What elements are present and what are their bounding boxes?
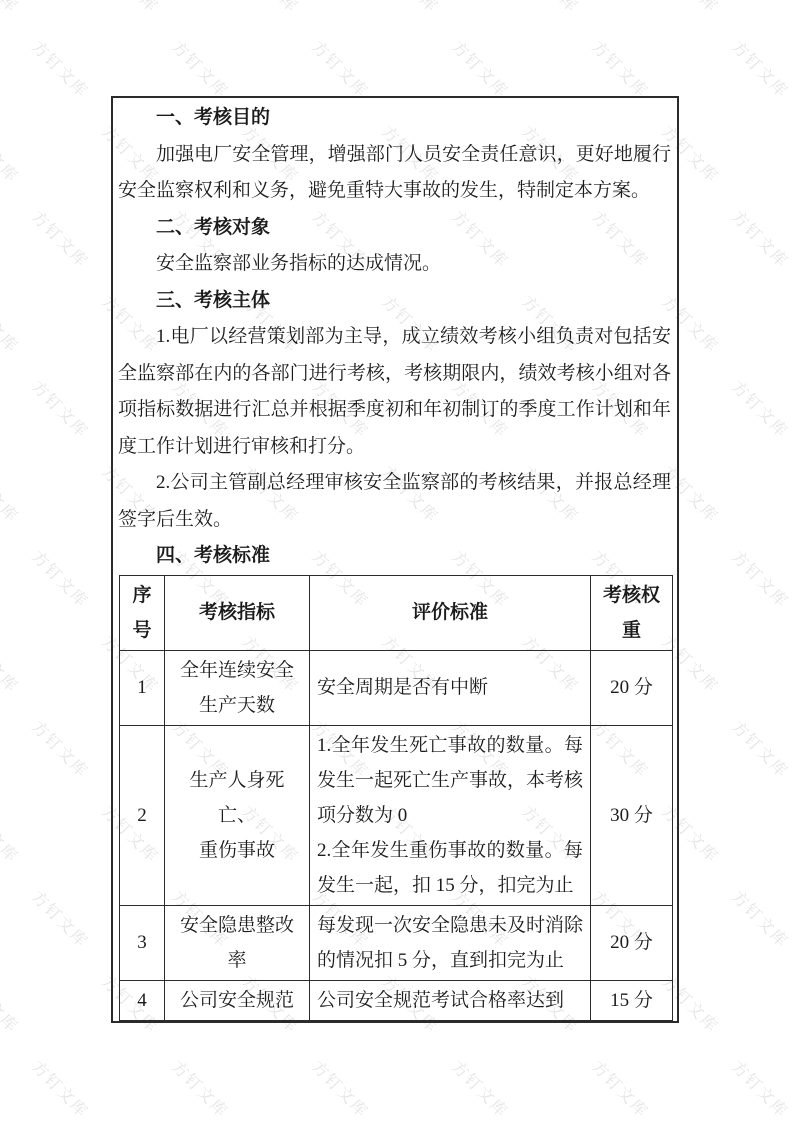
watermark-text: 方钉文库 xyxy=(727,1055,793,1122)
cell-weight: 20 分 xyxy=(591,650,673,725)
watermark-text: 方钉文库 xyxy=(517,0,584,17)
cell-weight: 20 分 xyxy=(591,905,673,980)
watermark-text: 方钉文库 xyxy=(0,0,25,17)
section-heading: 一、考核目的 xyxy=(118,100,671,137)
watermark-text: 方钉文库 xyxy=(587,35,654,102)
indicator-line: 生产人身死亡、 xyxy=(172,763,302,833)
table-row: 2生产人身死亡、重伤事故1.全年发生死亡事故的数量。每发生一起死亡生产事故，本考… xyxy=(120,725,673,905)
criteria-paragraph: 公司安全规范考试合格率达到 xyxy=(317,983,583,1018)
watermark-text: 方钉文库 xyxy=(447,35,514,102)
watermark-text: 方钉文库 xyxy=(27,35,94,102)
watermark-text: 方钉文库 xyxy=(237,0,304,17)
watermark-text: 方钉文库 xyxy=(27,205,94,272)
watermark-text: 方钉文库 xyxy=(167,1055,234,1122)
table-header-cell: 考核权重 xyxy=(591,575,673,650)
table-header-cell: 序号 xyxy=(120,575,165,650)
watermark-text: 方钉文库 xyxy=(727,715,793,782)
watermark-text: 方钉文库 xyxy=(727,35,793,102)
watermark-text: 方钉文库 xyxy=(27,885,94,952)
table-header-row: 序号考核指标评价标准考核权重 xyxy=(120,575,673,650)
watermark-text: 方钉文库 xyxy=(27,715,94,782)
criteria-paragraph: 2.全年发生重伤事故的数量。每发生一起，扣 15 分，扣完为止 xyxy=(317,833,583,903)
watermark-text: 方钉文库 xyxy=(0,970,25,1037)
cell-criteria: 公司安全规范考试合格率达到 xyxy=(310,980,591,1020)
cell-seq-number: 3 xyxy=(120,905,165,980)
cell-criteria: 安全周期是否有中断 xyxy=(310,650,591,725)
document-page: 方钉文库方钉文库方钉文库方钉文库方钉文库方钉文库方钉文库方钉文库方钉文库方钉文库… xyxy=(0,0,793,1122)
watermark-text: 方钉文库 xyxy=(0,630,25,697)
watermark-text: 方钉文库 xyxy=(0,120,25,187)
criteria-paragraph: 安全周期是否有中断 xyxy=(317,670,583,705)
section-heading: 二、考核对象 xyxy=(118,210,671,247)
table-row: 1全年连续安全生产天数安全周期是否有中断20 分 xyxy=(120,650,673,725)
indicator-line: 重伤事故 xyxy=(172,833,302,868)
watermark-text: 方钉文库 xyxy=(167,35,234,102)
paragraph: 2.公司主管副总经理审核安全监察部的考核结果，并报总经理签字后生效。 xyxy=(118,465,671,538)
watermark-text: 方钉文库 xyxy=(307,35,374,102)
watermark-text: 方钉文库 xyxy=(727,205,793,272)
indicator-line: 生产天数 xyxy=(172,688,302,723)
watermark-text: 方钉文库 xyxy=(377,0,444,17)
watermark-text: 方钉文库 xyxy=(447,1055,514,1122)
table-row: 3安全隐患整改率每发现一次安全隐患未及时消除的情况扣 5 分，直到扣完为止20 … xyxy=(120,905,673,980)
watermark-text: 方钉文库 xyxy=(27,375,94,442)
cell-criteria: 每发现一次安全隐患未及时消除的情况扣 5 分，直到扣完为止 xyxy=(310,905,591,980)
cell-weight: 15 分 xyxy=(591,980,673,1020)
cell-indicator: 全年连续安全生产天数 xyxy=(165,650,310,725)
table-row: 4公司安全规范公司安全规范考试合格率达到15 分 xyxy=(120,980,673,1020)
watermark-text: 方钉文库 xyxy=(727,885,793,952)
watermark-text: 方钉文库 xyxy=(97,0,164,17)
watermark-text: 方钉文库 xyxy=(27,545,94,612)
watermark-text: 方钉文库 xyxy=(0,460,25,527)
indicator-line: 全年连续安全 xyxy=(172,653,302,688)
assessment-standards-table: 序号考核指标评价标准考核权重 1全年连续安全生产天数安全周期是否有中断20 分2… xyxy=(119,575,673,1021)
document-sections: 一、考核目的加强电厂安全管理，增强部门人员安全责任意识，更好地履行安全监察权利和… xyxy=(118,100,671,575)
watermark-text: 方钉文库 xyxy=(0,290,25,357)
table-header-cell: 考核指标 xyxy=(165,575,310,650)
cell-weight: 30 分 xyxy=(591,725,673,905)
indicator-line: 公司安全规范 xyxy=(172,983,302,1018)
section-heading: 三、考核主体 xyxy=(118,283,671,320)
criteria-paragraph: 每发现一次安全隐患未及时消除的情况扣 5 分，直到扣完为止 xyxy=(317,908,583,978)
cell-seq-number: 1 xyxy=(120,650,165,725)
cell-criteria: 1.全年发生死亡事故的数量。每发生一起死亡生产事故，本考核项分数为 02.全年发… xyxy=(310,725,591,905)
paragraph: 安全监察部业务指标的达成情况。 xyxy=(118,246,671,283)
criteria-paragraph: 1.全年发生死亡事故的数量。每发生一起死亡生产事故，本考核项分数为 0 xyxy=(317,728,583,833)
watermark-text: 方钉文库 xyxy=(727,545,793,612)
indicator-line: 安全隐患整改 xyxy=(172,908,302,943)
cell-indicator: 公司安全规范 xyxy=(165,980,310,1020)
paragraph: 1.电厂以经营策划部为主导，成立绩效考核小组负责对包括安全监察部在内的各部门进行… xyxy=(118,319,671,465)
watermark-text: 方钉文库 xyxy=(727,375,793,442)
cell-indicator: 生产人身死亡、重伤事故 xyxy=(165,725,310,905)
table-header-cell: 评价标准 xyxy=(310,575,591,650)
section-heading: 四、考核标准 xyxy=(118,538,671,575)
watermark-text: 方钉文库 xyxy=(587,1055,654,1122)
watermark-text: 方钉文库 xyxy=(0,800,25,867)
indicator-line: 率 xyxy=(172,943,302,978)
cell-seq-number: 2 xyxy=(120,725,165,905)
paragraph: 加强电厂安全管理，增强部门人员安全责任意识，更好地履行安全监察权利和义务，避免重… xyxy=(118,137,671,210)
content-border-box: 一、考核目的加强电厂安全管理，增强部门人员安全责任意识，更好地履行安全监察权利和… xyxy=(111,96,679,1023)
watermark-text: 方钉文库 xyxy=(27,1055,94,1122)
cell-seq-number: 4 xyxy=(120,980,165,1020)
cell-indicator: 安全隐患整改率 xyxy=(165,905,310,980)
watermark-text: 方钉文库 xyxy=(657,0,724,17)
watermark-text: 方钉文库 xyxy=(307,1055,374,1122)
